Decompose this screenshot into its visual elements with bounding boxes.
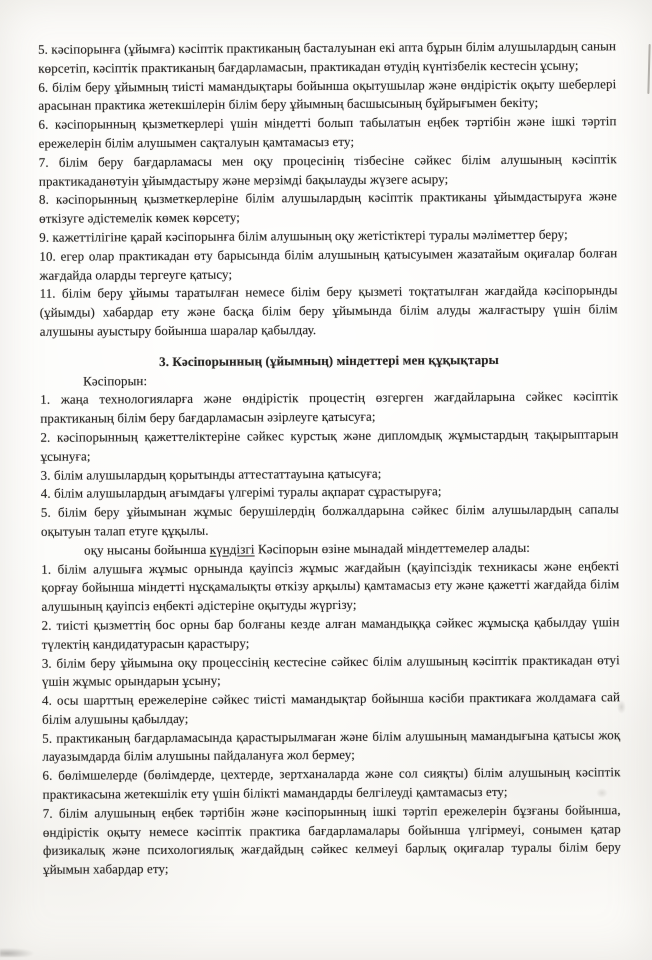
contract-clause: 8. кәсіпорынның қызметкерлеріне білім ал…	[39, 188, 617, 229]
scan-artifact-speck	[596, 788, 608, 798]
contract-clause: 2. тиісті қызметтің бос орны бар болғаны…	[42, 613, 620, 654]
scan-artifact-edge-line	[647, 44, 650, 94]
lead-text-post: Кәсіпорын өзіне мынадай міндеттемелер ал…	[255, 539, 530, 556]
contract-clause: 10. егер олар практикадан өту барысында …	[39, 244, 617, 285]
contract-clause: 4. осы шарттың ережелеріне сәйкес тиісті…	[42, 688, 620, 729]
contract-clause: 6. кәсіпорынның қызметкерлері үшін мінде…	[38, 112, 616, 153]
scan-artifact-speck	[617, 700, 626, 714]
contract-clause: 5. білім беру ұйымынан жұмыс берушілерді…	[41, 500, 619, 541]
lead-text-underlined: күндізгі	[210, 541, 255, 556]
contract-clause: 5. кәсіпорынға (ұйымға) кәсіптік практик…	[38, 37, 616, 78]
contract-clause: 11. білім беру ұйымы таратылған немесе б…	[39, 282, 617, 342]
scanned-document-page: 5. кәсіпорынға (ұйымға) кәсіптік практик…	[0, 0, 652, 960]
contract-clause: 2. кәсіпорынның қажеттеліктеріне сәйкес …	[40, 425, 618, 466]
scan-artifact-smudge	[0, 948, 34, 957]
contract-clause: 6. білім беру ұйымның тиісті мамандықтар…	[38, 75, 616, 116]
contract-clause: 7. білім алушының еңбек тәртібін және кә…	[43, 801, 621, 880]
contract-clause: 3. білім беру ұйымына оқу процессінің ке…	[42, 651, 620, 692]
contract-clause: 5. практиканың бағдарламасында қарастыры…	[42, 726, 620, 767]
contract-clause: 1. жаңа технологияларға және өндірістік …	[40, 388, 618, 429]
contract-clause: 1. білім алушыға жұмыс орнында қауіпсіз …	[41, 557, 619, 617]
document-text-block: 5. кәсіпорынға (ұйымға) кәсіптік практик…	[38, 37, 621, 880]
lead-text-pre: оқу нысаны бойынша	[84, 541, 210, 557]
contract-clause: 6. бөлімшелерде (бөлімдерде, цехтерде, з…	[42, 764, 620, 805]
contract-clause: 7. білім беру бағдарламасы мен оқу проце…	[39, 150, 617, 191]
